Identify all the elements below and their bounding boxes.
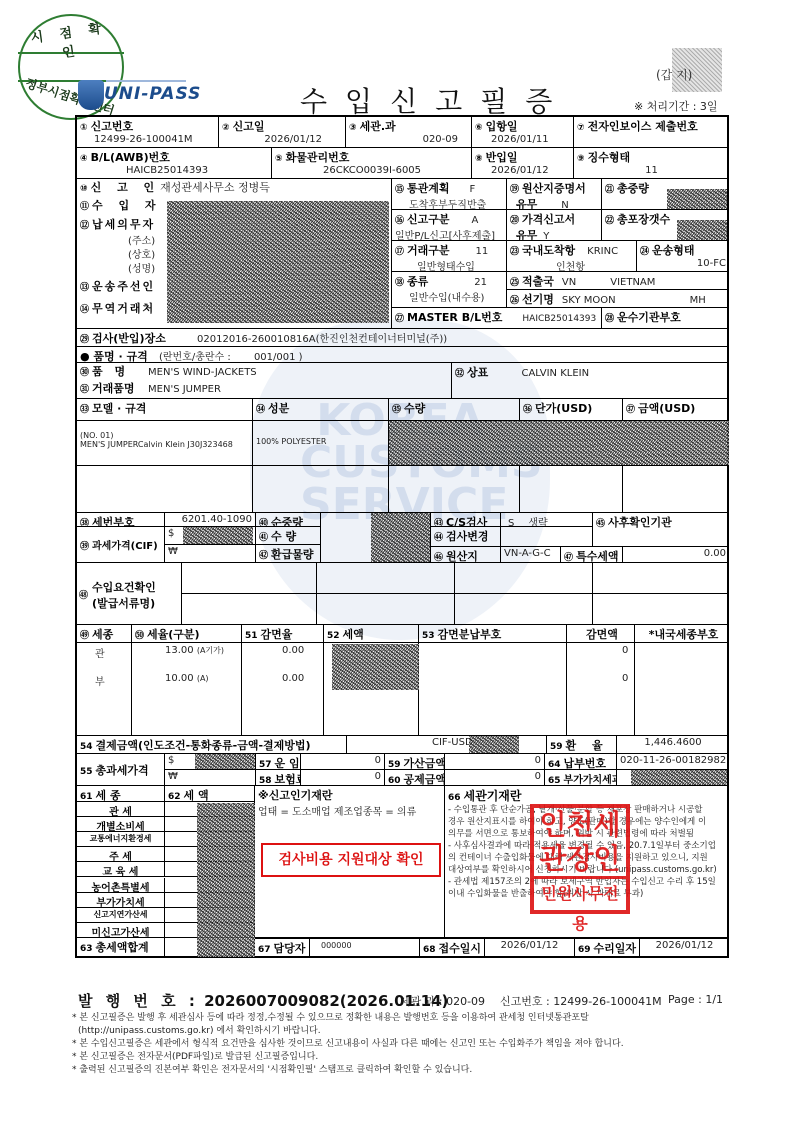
processing-time: ※ 처리기간 : 3일	[634, 98, 718, 114]
brand-cell: ㉜상표 CALVIN KLEIN	[452, 363, 729, 399]
masked-settlement	[469, 736, 519, 754]
cargo-no-cell: ⑤화물관리번호 26CKCO0039I-6005	[272, 148, 472, 179]
tax-summary-row: 부가가치세	[77, 893, 165, 908]
requirement-cell: 수입요건확인 (발급서류명) ㊽	[77, 563, 182, 625]
tax-row-type: 부	[95, 673, 105, 688]
masked-party-info	[167, 201, 389, 323]
tax-col-2: 51감면율	[242, 625, 324, 643]
tax-summary-row: 농어촌특별세	[77, 878, 165, 893]
masked-packages	[677, 220, 727, 240]
entry-date-value: 2026/01/11	[475, 134, 570, 145]
bl-label: B/L(AWB)번호	[91, 151, 170, 164]
declarant-label: 신 고 인	[91, 181, 161, 194]
import-kind-value: 일반수입(내수용)	[395, 289, 503, 304]
entry-date-cell: ⑥입항일 2026/01/11	[472, 117, 574, 148]
total-packages-cell: ㉒총포장갯수	[602, 210, 729, 241]
e-invoice-label: 전자인보이스 제출번호	[588, 120, 698, 133]
trade-type-cell: ⑰거래구분11 일반형태수입	[392, 241, 507, 272]
decl-no-cell: ①신고번호 12499-26-100041M	[77, 117, 219, 148]
issue-number: 발 행 번 호 : 2026007009082(2026.01.14)	[78, 990, 448, 1011]
masked-tax-summary	[197, 803, 255, 957]
collection-label: 징수형태	[588, 151, 631, 164]
parties-block: ⑩신 고 인재성관세사무소 정병득 ⑪수 입 자 ⑫납세의무자 (주소) (상호…	[77, 179, 392, 329]
product-name-cell: ㉚품 명MEN'S WIND-JACKETS ㉛거래품명MEN'S JUMPER	[77, 363, 452, 399]
collection-value: 11	[577, 165, 726, 176]
origin-cert-cell: ⑲원산지증명서 유무N	[507, 179, 602, 210]
tax-col-4: 53감면분납부호	[419, 625, 567, 643]
page-title: 수입신고필증	[300, 80, 570, 120]
arrival-port-cell: ㉓국내도착항KRINC 인천항	[507, 241, 637, 272]
col-composition: ㉞성분	[256, 402, 289, 415]
masked-weights	[371, 513, 431, 563]
decl-date-label: 신고일	[233, 120, 265, 133]
inspection-place-cell: ㉙검사(반입)장소 02012016-260010816A(한진인천컨테이너터미…	[77, 329, 729, 347]
customs-cell: ③세관.과 020-09	[346, 117, 472, 148]
copy-mark: (갑 지)	[656, 66, 692, 83]
decl-no-value: 12499-26-100041M	[80, 134, 215, 145]
decl-no-label: 신고번호	[91, 120, 134, 133]
masked-taxable-value	[183, 527, 253, 545]
forwarder-label: 운송주선인	[92, 280, 155, 293]
col-quantity: ㉟수량	[392, 402, 425, 415]
decl-type-value: 일반P/L신고[사후제출]	[395, 227, 503, 241]
entry-date-label: 입항일	[486, 120, 518, 133]
composition-value: 100% POLYESTER	[256, 437, 385, 446]
tax-summary-row: 관 세	[77, 802, 165, 817]
cargo-no-value: 26CKCO0039I-6005	[275, 165, 468, 176]
trader-label: 무역거래처	[92, 302, 155, 315]
vessel-cell: ㉖선기명SKY MOONMH	[507, 290, 729, 308]
tax-col-5: 감면액	[567, 625, 635, 643]
origin-value: VN-A-G-C	[504, 548, 551, 559]
item-row: (NO. 01) MEN'S JUMPERCalvin Klein J30J32…	[77, 421, 253, 466]
importer-label: 수 입 자	[92, 199, 162, 212]
inspection-support-box: 검사비용 지원대상 확인	[261, 843, 441, 877]
trade-type-value: 일반형태수입	[395, 258, 503, 272]
masked-vat-base	[631, 770, 727, 786]
payment-no-value: 020-11-26-00182982	[620, 755, 726, 766]
decl-type-cell: ⑯신고구분A 일반P/L신고[사후제출]	[392, 210, 507, 241]
clearance-plan-cell: ⑮통관계획F 도착후부두직반출	[392, 179, 507, 210]
decl-date-cell: ②신고일 2026/01/12	[219, 117, 346, 148]
customs-notes: 66세관기재란 - 수입통관 후 단순가공, 낱개·산물·분할 등 재포장 판매…	[445, 786, 729, 938]
unipass-link[interactable]: (http://unipass.customs.go.kr) 에서 확인하시기 …	[78, 1023, 321, 1036]
hs-code-value: 6201.40-1090	[182, 514, 252, 525]
transport-mode-value: 10-FC	[640, 258, 726, 269]
customs-label: 세관.과	[360, 120, 396, 133]
masked-tax-amount	[332, 644, 419, 690]
tax-summary-row: 개별소비세	[77, 817, 165, 832]
tax-row-rate: 13.00 (A기가)	[165, 645, 224, 656]
customs-value: 020-09	[349, 134, 468, 145]
tax-summary-row: 교 육 세	[77, 862, 165, 877]
declaration-form: ①신고번호 12499-26-100041M ②신고일 2026/01/12 ③…	[75, 115, 729, 958]
exchange-rate-value: 1,446.4600	[644, 737, 701, 748]
col-amount: ㊲금액(USD)	[626, 402, 695, 415]
cargo-no-label: 화물관리번호	[286, 151, 350, 164]
carry-in-label: 반입일	[486, 151, 518, 164]
export-country-cell: ㉕적출국VNVIETNAM	[507, 272, 729, 290]
tax-col-6: *내국세종부호	[635, 625, 729, 643]
carry-in-value: 2026/01/12	[475, 165, 570, 176]
tax-summary-row: 주 세	[77, 847, 165, 862]
inspection-place-value: 02012016-260010816A(한진인천컨테이너터미널(주))	[197, 334, 447, 345]
col-model: ㉝모델 · 규격	[80, 402, 146, 415]
collection-cell: ⑨징수형태 11	[574, 148, 729, 179]
tax-summary-row: 미신고가산세	[77, 923, 165, 938]
col-unit-price: ㊱단가(USD)	[523, 402, 592, 415]
import-kind-cell: ⑱종류21 일반수입(내수용)	[392, 272, 507, 308]
tax-summary-row: 교통에너지환경세	[77, 832, 165, 847]
tax-row-rate: 10.00 (A)	[165, 673, 209, 684]
tax-summary-row: 신고지연가산세	[77, 908, 165, 923]
customs-shield-icon	[78, 80, 104, 110]
tax-row-type: 관	[95, 645, 105, 660]
carrier-code-cell: ㉘운수기관부호	[602, 308, 729, 329]
masked-qty-price	[389, 421, 729, 466]
e-invoice-cell: ⑦전자인보이스 제출번호	[574, 117, 729, 148]
bl-value: HAICB25014393	[80, 165, 268, 176]
transport-mode-cell: ㉔운송형태 10-FC	[637, 241, 729, 272]
tax-col-1: ㊿세율(구분)	[132, 625, 242, 643]
price-decl-cell: ⑳가격신고서 유무Y	[507, 210, 602, 241]
arrival-port-value: 인천항	[510, 258, 633, 272]
declarant-value: 재성관세사무소 정병득	[160, 181, 270, 194]
taxpayer-label: 납세의무자	[92, 218, 155, 231]
bl-cell: ④B/L(AWB)번호 HAICB25014393	[77, 148, 272, 179]
carry-in-cell: ⑧반입일 2026/01/12	[472, 148, 574, 179]
item-header-cell: ● 품명 · 규격 (란번호/총란수 : 001/001 )	[77, 347, 729, 363]
declarant-notes: ※신고인기재란 업태 = 도소매업 제조업종목 = 의류 검사비용 지원대상 확…	[255, 786, 445, 938]
special-tax-value: 0.00	[704, 548, 726, 559]
received-date: 2026/01/12	[501, 940, 559, 951]
accepted-date: 2026/01/12	[656, 940, 714, 951]
customs-office-stamp: 인천세 관장인 민원사무전용	[530, 804, 630, 914]
unipass-logo: UNI-PASS	[104, 84, 201, 104]
master-bl-cell: ㉗MASTER B/L번호HAICB25014393	[392, 308, 602, 329]
clearance-plan-value: 도착후부두직반출	[395, 196, 503, 210]
tax-col-0: ㊾세종	[77, 625, 132, 643]
total-weight-cell: ㉑총중량	[602, 179, 729, 210]
officer-value: 000000	[321, 941, 352, 950]
masked-total-taxable	[195, 754, 255, 770]
decl-date-value: 2026/01/12	[222, 134, 342, 145]
masked-weight	[667, 189, 727, 209]
logo-divider	[106, 80, 186, 82]
tax-col-3: 52세액	[324, 625, 419, 643]
